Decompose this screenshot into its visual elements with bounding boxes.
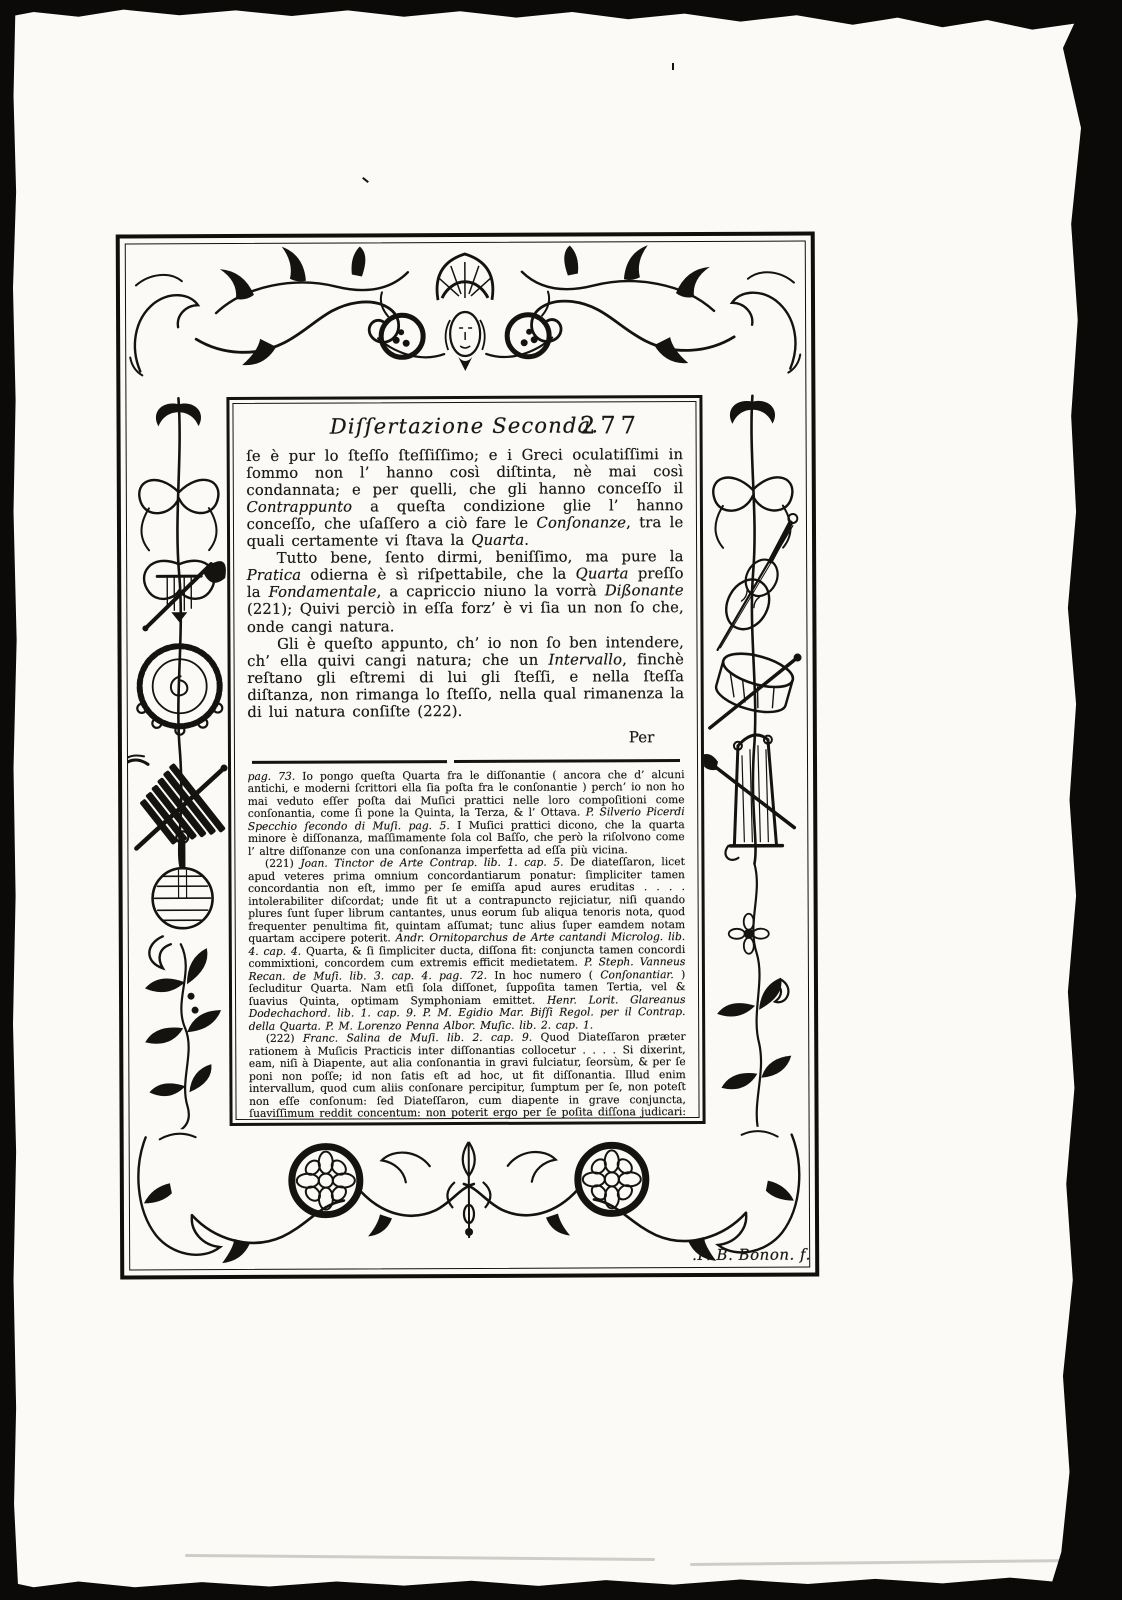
italic-run: Quarta <box>576 566 629 583</box>
text-run: . <box>524 532 529 549</box>
text-run: (221); Quivi perciò in eſſa forz’ è vi ſ… <box>247 599 684 635</box>
italic-run: pag. 73. <box>248 769 296 782</box>
text-panel: Diſſertazione Seconda. 277 ſe è pur lo ſ… <box>226 395 705 1126</box>
italic-run: Intervallo <box>548 651 622 668</box>
italic-run: Conſonanze <box>536 514 626 531</box>
text-run: odierna è sì riſpettabile, che la <box>301 566 576 584</box>
page-number: 277 <box>580 411 641 439</box>
text-run: , a capriccio niuno la vorrà <box>377 583 605 601</box>
italic-run: Fondamentale <box>269 584 377 601</box>
headpiece-ornament-engraving <box>126 243 805 396</box>
footnote: (221) Joan. Tinctor de Arte Contrap. lib… <box>248 856 686 1033</box>
footnote-separator-rule <box>252 759 681 763</box>
scanned-book-page: { "document": { "kind": "engraved book p… <box>0 0 1122 1600</box>
engraver-signature: .F. B. Bonon. f. <box>692 1245 822 1264</box>
italic-run: Conſonantiar. <box>600 968 674 981</box>
main-paragraph: Gli è queſto appunto, ch’ io non ſo ben … <box>247 634 684 721</box>
italic-run: Dißonante <box>605 582 684 599</box>
scan-speck <box>672 63 674 70</box>
c-scroll <box>149 936 171 968</box>
text-run: Quod Diateſſaron præter rationem à Muſic… <box>249 1030 686 1120</box>
footnote: (222) Franc. Salina de Muſi. lib. 2. cap… <box>249 1031 686 1120</box>
main-paragraph: Tutto bene, ſento dirmi, beniſſimo, ma p… <box>247 548 684 635</box>
rule-segment <box>454 759 681 763</box>
italic-run: Quarta <box>471 532 524 549</box>
footnotes: pag. 73. Io pongo queſta Quarta fra le d… <box>248 769 686 1121</box>
text-run: (221) <box>265 857 300 870</box>
panpipes-and-flute-icon <box>126 755 228 861</box>
text-run: In hoc numero ( <box>487 968 600 981</box>
lute-icon <box>152 831 212 928</box>
right-trophy-ornament-engraving <box>702 394 805 1127</box>
catchword: Per <box>247 728 684 748</box>
rule-segment <box>252 760 447 763</box>
text-run: (222) <box>266 1032 303 1045</box>
text-run: Tutto bene, ſento dirmi, beniſſimo, ma p… <box>277 548 684 567</box>
flower-sprig-icon <box>716 864 791 1127</box>
left-trophy-ornament-engraving <box>126 396 229 1129</box>
text-panel-inner: Diſſertazione Seconda. 277 ſe è pur lo ſ… <box>232 401 700 1121</box>
main-text: ſe è pur lo ſteſſo ſteſſiſſimo; e i Grec… <box>246 446 684 721</box>
harp-and-trumpet-icon <box>702 735 794 860</box>
italic-run: Pratica <box>247 567 301 584</box>
italic-run: Contrappunto <box>246 498 352 515</box>
text-run: ſe è pur lo ſteſſo ſteſſiſſimo; e i Grec… <box>246 446 683 499</box>
footnote: pag. 73. Io pongo queſta Quarta fra le d… <box>248 769 685 858</box>
lyre-and-horn-icon <box>142 561 226 632</box>
flowering-vine-icon <box>145 944 222 1129</box>
central-palmette-icon <box>447 1142 490 1238</box>
page-header: Diſſertazione Seconda. 277 <box>246 409 683 448</box>
main-paragraph: ſe è pur lo ſteſſo ſteſſiſſimo; e i Grec… <box>246 446 683 550</box>
viol-and-bow-icon <box>717 505 806 650</box>
engraved-plate: Diſſertazione Seconda. 277 ſe è pur lo ſ… <box>0 0 1122 1600</box>
mask-face-icon <box>437 254 493 371</box>
